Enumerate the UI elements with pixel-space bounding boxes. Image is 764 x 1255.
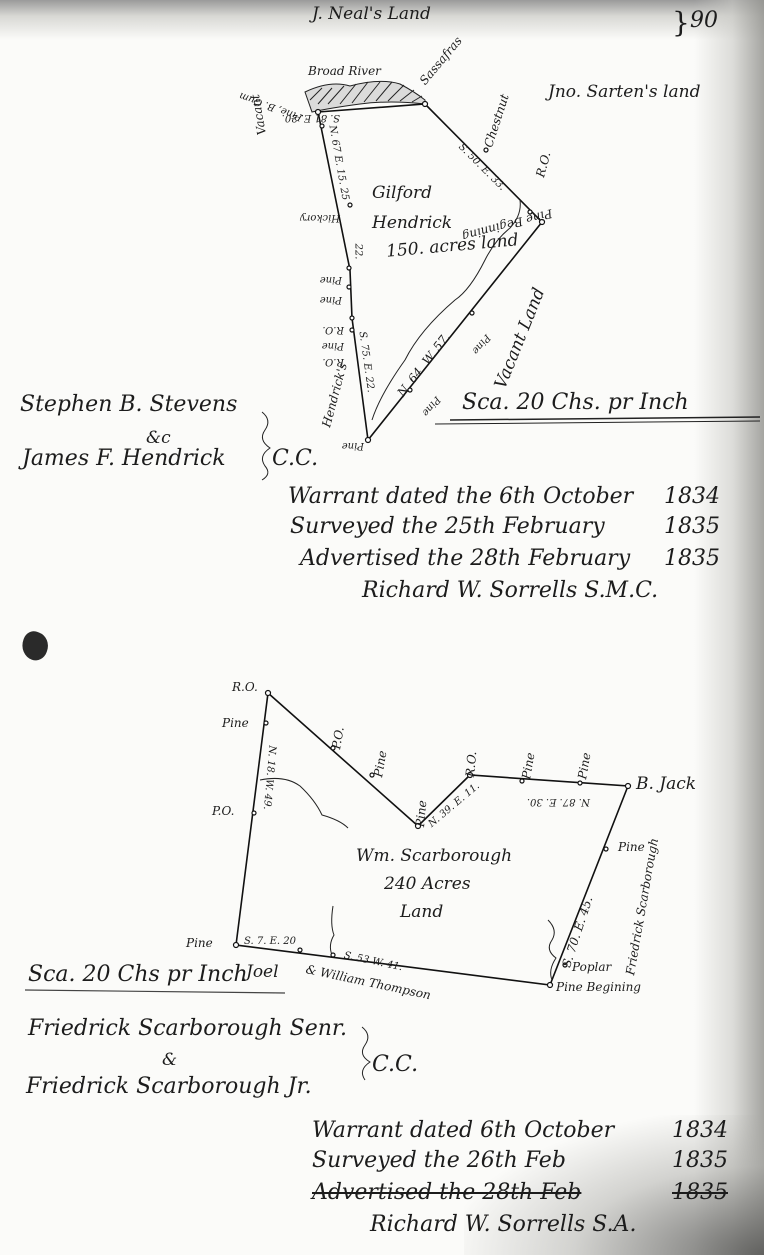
corner-label-pine-bl: Pine: [186, 936, 213, 950]
corner-label-ro-1: R.O.: [323, 324, 345, 335]
record-1-grantee-2: James F. Hendrick: [22, 446, 226, 471]
record-1-grantee-1: Stephen B. Stevens: [20, 392, 237, 417]
bearing-bottom-left: S. 7. E. 20: [244, 936, 296, 947]
record-2-surveyor: Richard W. Sorrells S.A.: [370, 1212, 636, 1237]
brace-icon-1: [262, 412, 270, 480]
record-1-surveyed-label: Surveyed the 25th February: [290, 514, 605, 539]
corner-label-ro-notch: R.O.: [463, 751, 479, 778]
corner-label-pine-2: Pine: [320, 294, 342, 305]
record-2-warrant-year: 1834: [672, 1118, 728, 1143]
corner-label-pine-beginning: Pine Begining: [556, 980, 641, 994]
record-2-warrant-label: Warrant dated 6th October: [312, 1118, 614, 1143]
plat-2-owner: Wm. Scarborough: [356, 846, 512, 866]
record-1-warrant-label: Warrant dated the 6th October: [288, 484, 633, 509]
plat-2-scale: Sca. 20 Chs pr Inch: [28, 962, 248, 987]
brace-icon-2: [362, 1027, 370, 1080]
adjoining-label-sarten: Jno. Sarten's land: [548, 82, 700, 102]
record-2-surveyed-label: Surveyed the 26th Feb: [312, 1148, 566, 1173]
corner-label-ro-top: R.O.: [232, 680, 258, 694]
record-2-advertised-label: Advertised the 28th Feb: [312, 1180, 581, 1205]
record-2-conjunction: &: [162, 1050, 177, 1070]
record-1-surveyed-year: 1835: [664, 514, 720, 539]
plat-2-creek-2: [330, 906, 334, 955]
record-1-surveyor: Richard W. Sorrells S.M.C.: [362, 578, 658, 603]
record-1-advertised-label: Advertised the 28th February: [300, 546, 630, 571]
record-2-grantee-2: Friedrick Scarborough Jr.: [26, 1074, 312, 1099]
corner-label-bjack: B. Jack: [636, 774, 696, 794]
plat-2-land: Land: [400, 902, 443, 922]
plat-2-acreage: 240 Acres: [384, 874, 471, 894]
plat-1-owner: Gilford Hendrick: [372, 178, 492, 238]
corner-label-po-left: P.O.: [212, 804, 234, 818]
corner-label-pine-notch: Pine: [413, 800, 429, 828]
plat-1-scale: Sca. 20 Chs. pr Inch: [462, 390, 689, 415]
adjoining-label-river: Broad River: [308, 64, 381, 78]
corner-label-poplar: Poplar: [572, 960, 611, 974]
record-2-surveyed-year: 1835: [672, 1148, 728, 1173]
record-1-warrant-year: 1834: [664, 484, 720, 509]
record-2-grantee-1: Friedrick Scarborough Senr.: [28, 1016, 347, 1041]
record-2-grantee-suffix: C.C.: [372, 1052, 418, 1077]
adjoining-label-neal: J. Neal's Land: [312, 4, 431, 24]
corner-label-pine-left: Pine: [222, 716, 249, 730]
adjoining-label-joel: Joel: [246, 962, 279, 982]
record-1-conjunction: &c: [146, 428, 171, 448]
record-1-advertised-year: 1835: [664, 546, 720, 571]
corner-label-pine-right: Pine: [618, 840, 645, 854]
corner-label-pine-3: Pine: [322, 340, 344, 351]
record-2-advertised-year: 1835: [672, 1180, 728, 1205]
river-hatching: [305, 81, 425, 112]
bearing-left-mid: 22.: [353, 244, 364, 260]
corner-label-pine-1: Pine: [320, 274, 342, 285]
corner-label-pine-bottom: Pine: [342, 440, 364, 451]
record-1-grantee-suffix: C.C.: [272, 446, 318, 471]
bearing-top-right: N. 87. E. 30.: [527, 796, 590, 807]
corner-label-hickory: Hickory: [300, 212, 340, 223]
